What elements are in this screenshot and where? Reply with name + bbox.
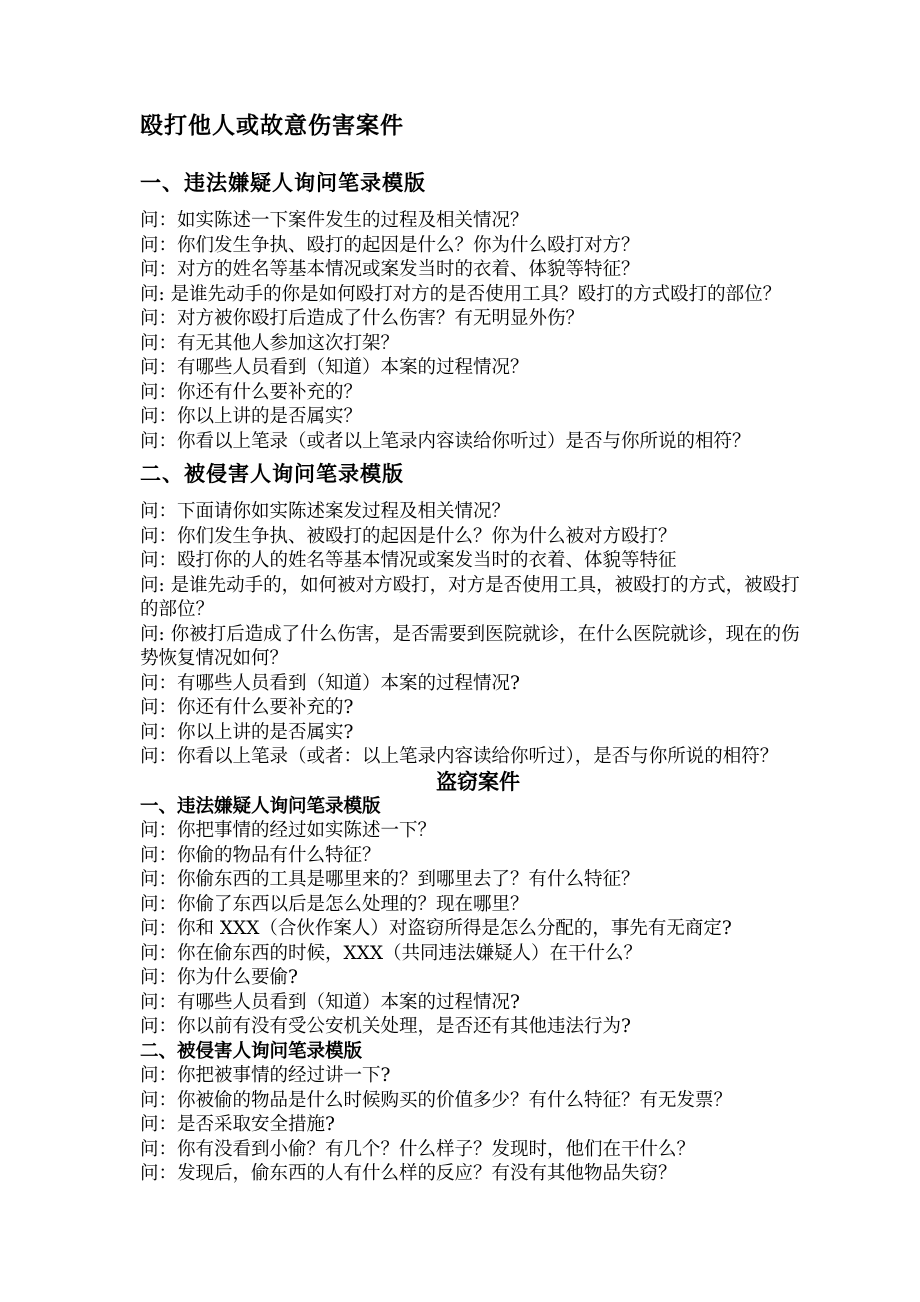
assault-suspect-q2: 问：你们发生争执、殴打的起因是什么？你为什么殴打对方？: [140, 234, 816, 259]
theft-suspect-q6: 问：你在偷东西的时候，XXX（共同违法嫌疑人）在干什么？: [140, 942, 816, 967]
theft-victim-q5: 问：发现后，偷东西的人有什么样的反应？有没有其他物品失窃？: [140, 1162, 816, 1187]
theft-suspect-q9: 问：你以前有没有受公安机关处理，是否还有其他违法行为?: [140, 1015, 816, 1040]
assault-suspect-q8: 问：你还有什么要补充的？: [140, 381, 816, 406]
assault-victim-q6: 问：有哪些人员看到（知道）本案的过程情况?: [140, 672, 816, 697]
theft-suspect-q2: 问：你偷的物品有什么特征？: [140, 844, 816, 869]
theft-title: 盗窃案件: [140, 770, 816, 795]
assault-victim-q7: 问：你还有什么要补充的?: [140, 696, 816, 721]
theft-victim-q1: 问：你把被事情的经过讲一下?: [140, 1064, 816, 1089]
assault-victim-heading: 二、被侵害人询问笔录模版: [140, 460, 816, 487]
assault-victim-q9: 问：你看以上笔录（或者：以上笔录内容读给你听过），是否与你所说的相符？: [140, 745, 816, 770]
assault-suspect-q6: 问：有无其他人参加这次打架？: [140, 332, 816, 357]
assault-victim-q8: 问：你以上讲的是否属实?: [140, 721, 816, 746]
assault-suspect-q3: 问：对方的姓名等基本情况或案发当时的衣着、体貌等特征？: [140, 258, 816, 283]
assault-title: 殴打他人或故意伤害案件: [140, 112, 816, 141]
theft-victim-heading: 二、被侵害人询问笔录模版: [140, 1040, 816, 1065]
assault-suspect-q10: 问：你看以上笔录（或者以上笔录内容读给你听过）是否与你所说的相符？: [140, 430, 816, 455]
assault-victim-q2: 问：你们发生争执、被殴打的起因是什么？你为什么被对方殴打？: [140, 525, 816, 550]
theft-suspect-q3: 问：你偷东西的工具是哪里来的？到哪里去了？有什么特征？: [140, 868, 816, 893]
assault-victim-q4: 问: 是谁先动手的，如何被对方殴打，对方是否使用工具，被殴打的方式，被殴打的部位…: [140, 574, 816, 623]
assault-suspect-heading: 一、违法嫌疑人询问笔录模版: [140, 169, 816, 196]
assault-suspect-q7: 问：有哪些人员看到（知道）本案的过程情况？: [140, 356, 816, 381]
theft-suspect-q7: 问：你为什么要偷?: [140, 966, 816, 991]
assault-victim-q1: 问：下面请你如实陈述案发过程及相关情况？: [140, 500, 816, 525]
assault-victim-q3: 问：殴打你的人的姓名等基本情况或案发当时的衣着、体貌等特征: [140, 549, 816, 574]
theft-suspect-q8: 问：有哪些人员看到（知道）本案的过程情况?: [140, 991, 816, 1016]
document-page: 殴打他人或故意伤害案件 一、违法嫌疑人询问笔录模版 问：如实陈述一下案件发生的过…: [0, 0, 920, 1302]
assault-suspect-q5: 问：对方被你殴打后造成了什么伤害？有无明显外伤？: [140, 307, 816, 332]
assault-suspect-q4: 问: 是谁先动手的你是如何殴打对方的是否使用工具？殴打的方式殴打的部位？: [140, 283, 816, 308]
theft-suspect-heading: 一、违法嫌疑人询问笔录模版: [140, 795, 816, 820]
theft-suspect-q4: 问：你偷了东西以后是怎么处理的？现在哪里？: [140, 893, 816, 918]
theft-victim-q4: 问：你有没看到小偷？有几个？什么样子？发现时，他们在干什么？: [140, 1138, 816, 1163]
theft-suspect-q1: 问：你把事情的经过如实陈述一下？: [140, 819, 816, 844]
assault-victim-q5: 问: 你被打后造成了什么伤害，是否需要到医院就诊，在什么医院就诊，现在的伤势恢复…: [140, 623, 816, 672]
assault-suspect-q1: 问：如实陈述一下案件发生的过程及相关情况？: [140, 209, 816, 234]
theft-victim-q3: 问：是否采取安全措施?: [140, 1113, 816, 1138]
assault-suspect-q9: 问：你以上讲的是否属实？: [140, 405, 816, 430]
theft-victim-q2: 问：你被偷的物品是什么时候购买的价值多少？有什么特征？有无发票？: [140, 1089, 816, 1114]
theft-suspect-q5: 问：你和 XXX（合伙作案人）对盗窃所得是怎么分配的，事先有无商定?: [140, 917, 816, 942]
